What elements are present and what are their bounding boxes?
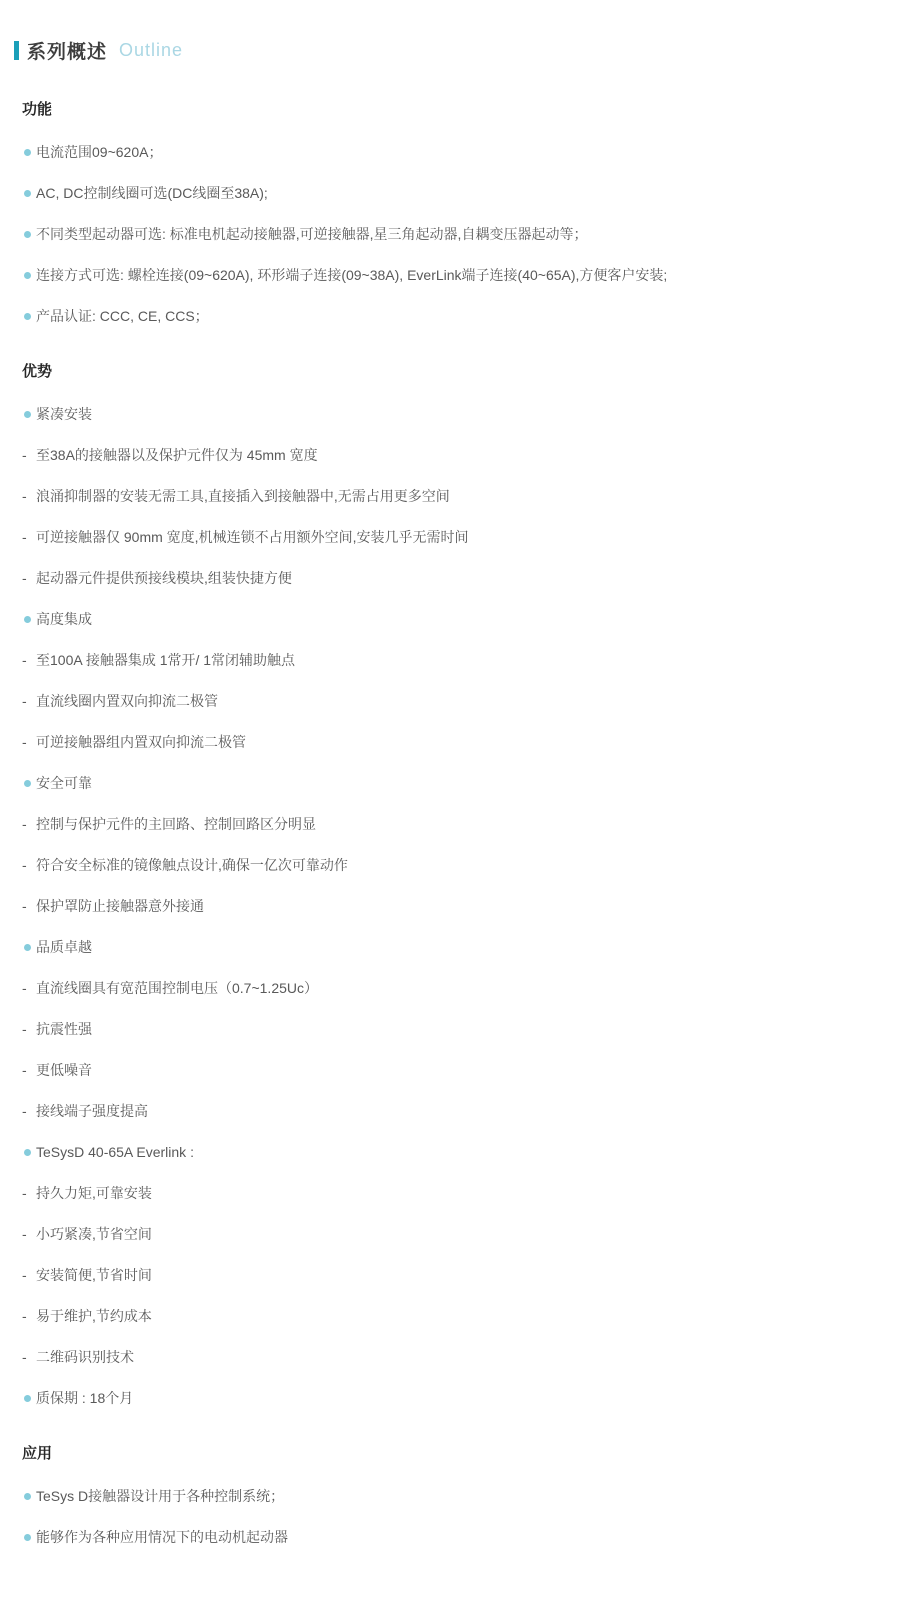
list-item-dash: -符合安全标准的镜像触点设计,确保一亿次可靠动作 (0, 856, 900, 875)
item-text: 不同类型起动器可选: 标准电机起动接触器,可逆接触器,星三角起动器,自耦变压器起… (36, 226, 587, 242)
dash-marker: - (22, 815, 27, 834)
bullet-dot-icon (24, 313, 31, 320)
features-list: 电流范围09~620A；AC, DC控制线圈可选(DC线圈至38A);不同类型起… (0, 143, 900, 326)
bullet-dot-icon (24, 272, 31, 279)
list-item-bullet: 高度集成 (0, 610, 900, 629)
applications-heading: 应用 (22, 1442, 900, 1463)
list-item-bullet: 电流范围09~620A； (0, 143, 900, 162)
list-item-dash: -持久力矩,可靠安装 (0, 1184, 900, 1203)
dash-marker: - (22, 528, 27, 547)
list-item-dash: -抗震性强 (0, 1020, 900, 1039)
dash-marker: - (22, 1307, 27, 1326)
bullet-dot-icon (24, 1534, 31, 1541)
dash-marker: - (22, 1061, 27, 1080)
dash-marker: - (22, 569, 27, 588)
bullet-dot-icon (24, 231, 31, 238)
item-text: TeSysD 40-65A Everlink : (36, 1144, 194, 1160)
bullet-dot-icon (24, 944, 31, 951)
item-text: 小巧紧凑,节省空间 (36, 1226, 152, 1242)
list-item-dash: -至100A 接触器集成 1常开/ 1常闭辅助触点 (0, 651, 900, 670)
page-title-zh: 系列概述 (27, 37, 107, 64)
dash-marker: - (22, 1266, 27, 1285)
list-item-dash: -直流线圈具有宽范围控制电压（0.7~1.25Uc） (0, 979, 900, 998)
bullet-dot-icon (24, 1395, 31, 1402)
dash-marker: - (22, 1020, 27, 1039)
item-text: 电流范围09~620A； (36, 144, 162, 160)
item-text: 接线端子强度提高 (36, 1103, 148, 1119)
list-item-bullet: 产品认证: CCC, CE, CCS； (0, 307, 900, 326)
list-item-dash: -可逆接触器仅 90mm 宽度,机械连锁不占用额外空间,安装几乎无需时间 (0, 528, 900, 547)
bullet-dot-icon (24, 190, 31, 197)
list-item-bullet: TeSysD 40-65A Everlink : (0, 1143, 900, 1162)
list-item-dash: -易于维护,节约成本 (0, 1307, 900, 1326)
list-item-dash: -二维码识别技术 (0, 1348, 900, 1367)
item-text: 品质卓越 (36, 939, 92, 955)
dash-marker: - (22, 1348, 27, 1367)
list-item-dash: -至38A的接触器以及保护元件仅为 45mm 宽度 (0, 446, 900, 465)
item-text: 紧凑安装 (36, 406, 92, 422)
bullet-dot-icon (24, 149, 31, 156)
dash-marker: - (22, 446, 27, 465)
list-item-bullet: 品质卓越 (0, 938, 900, 957)
item-text: 抗震性强 (36, 1021, 92, 1037)
item-text: 直流线圈内置双向抑流二极管 (36, 693, 218, 709)
accent-bar-icon (14, 41, 19, 60)
dash-marker: - (22, 692, 27, 711)
advantages-list: 紧凑安装-至38A的接触器以及保护元件仅为 45mm 宽度-浪涌抑制器的安装无需… (0, 405, 900, 1408)
advantages-heading: 优势 (22, 360, 900, 381)
page-title-en: Outline (119, 40, 183, 61)
list-item-dash: -起动器元件提供预接线模块,组装快捷方便 (0, 569, 900, 588)
item-text: 保护罩防止接触器意外接通 (36, 898, 204, 914)
item-text: 至38A的接触器以及保护元件仅为 45mm 宽度 (36, 447, 318, 463)
dash-marker: - (22, 856, 27, 875)
list-item-bullet: AC, DC控制线圈可选(DC线圈至38A); (0, 184, 900, 203)
list-item-dash: -直流线圈内置双向抑流二极管 (0, 692, 900, 711)
list-item-bullet: 紧凑安装 (0, 405, 900, 424)
dash-marker: - (22, 1184, 27, 1203)
item-text: 控制与保护元件的主回路、控制回路区分明显 (36, 816, 316, 832)
list-item-dash: -接线端子强度提高 (0, 1102, 900, 1121)
item-text: 直流线圈具有宽范围控制电压（0.7~1.25Uc） (36, 980, 318, 996)
list-item-bullet: 不同类型起动器可选: 标准电机起动接触器,可逆接触器,星三角起动器,自耦变压器起… (0, 225, 900, 244)
list-item-dash: -可逆接触器组内置双向抑流二极管 (0, 733, 900, 752)
list-item-dash: -安装简便,节省时间 (0, 1266, 900, 1285)
item-text: 持久力矩,可靠安装 (36, 1185, 152, 1201)
dash-marker: - (22, 651, 27, 670)
item-text: 至100A 接触器集成 1常开/ 1常闭辅助触点 (36, 652, 295, 668)
item-text: 连接方式可选: 螺栓连接(09~620A), 环形端子连接(09~38A), E… (36, 267, 667, 283)
item-text: 二维码识别技术 (36, 1349, 134, 1365)
list-item-dash: -小巧紧凑,节省空间 (0, 1225, 900, 1244)
dash-marker: - (22, 1225, 27, 1244)
list-item-bullet: 能够作为各种应用情况下的电动机起动器 (0, 1528, 900, 1547)
item-text: 符合安全标准的镜像触点设计,确保一亿次可靠动作 (36, 857, 348, 873)
applications-list: TeSys D接触器设计用于各种控制系统；能够作为各种应用情况下的电动机起动器 (0, 1487, 900, 1547)
item-text: 安装简便,节省时间 (36, 1267, 152, 1283)
item-text: 起动器元件提供预接线模块,组装快捷方便 (36, 570, 292, 586)
item-text: 能够作为各种应用情况下的电动机起动器 (36, 1529, 288, 1545)
bullet-dot-icon (24, 411, 31, 418)
list-item-dash: -控制与保护元件的主回路、控制回路区分明显 (0, 815, 900, 834)
dash-marker: - (22, 1102, 27, 1121)
list-item-bullet: 安全可靠 (0, 774, 900, 793)
dash-marker: - (22, 487, 27, 506)
item-text: 产品认证: CCC, CE, CCS； (36, 308, 209, 324)
list-item-bullet: 质保期 : 18个月 (0, 1389, 900, 1408)
list-item-dash: -保护罩防止接触器意外接通 (0, 897, 900, 916)
item-text: 可逆接触器仅 90mm 宽度,机械连锁不占用额外空间,安装几乎无需时间 (36, 529, 468, 545)
list-item-dash: -浪涌抑制器的安装无需工具,直接插入到接触器中,无需占用更多空间 (0, 487, 900, 506)
bullet-dot-icon (24, 1493, 31, 1500)
list-item-bullet: TeSys D接触器设计用于各种控制系统； (0, 1487, 900, 1506)
item-text: 质保期 : 18个月 (36, 1390, 133, 1406)
features-heading: 功能 (22, 98, 900, 119)
item-text: AC, DC控制线圈可选(DC线圈至38A); (36, 185, 268, 201)
item-text: 可逆接触器组内置双向抑流二极管 (36, 734, 246, 750)
section-features: 功能 电流范围09~620A；AC, DC控制线圈可选(DC线圈至38A);不同… (0, 98, 900, 326)
section-advantages: 优势 紧凑安装-至38A的接触器以及保护元件仅为 45mm 宽度-浪涌抑制器的安… (0, 360, 900, 1408)
item-text: TeSys D接触器设计用于各种控制系统； (36, 1488, 284, 1504)
section-header: 系列概述 Outline (14, 37, 900, 64)
dash-marker: - (22, 733, 27, 752)
item-text: 浪涌抑制器的安装无需工具,直接插入到接触器中,无需占用更多空间 (36, 488, 450, 504)
bullet-dot-icon (24, 616, 31, 623)
dash-marker: - (22, 897, 27, 916)
item-text: 更低噪音 (36, 1062, 92, 1078)
outline-page: 系列概述 Outline 功能 电流范围09~620A；AC, DC控制线圈可选… (0, 0, 900, 1601)
item-text: 高度集成 (36, 611, 92, 627)
dash-marker: - (22, 979, 27, 998)
item-text: 易于维护,节约成本 (36, 1308, 152, 1324)
item-text: 安全可靠 (36, 775, 92, 791)
bullet-dot-icon (24, 1149, 31, 1156)
list-item-dash: -更低噪音 (0, 1061, 900, 1080)
bullet-dot-icon (24, 780, 31, 787)
list-item-bullet: 连接方式可选: 螺栓连接(09~620A), 环形端子连接(09~38A), E… (0, 266, 900, 285)
section-applications: 应用 TeSys D接触器设计用于各种控制系统；能够作为各种应用情况下的电动机起… (0, 1442, 900, 1547)
